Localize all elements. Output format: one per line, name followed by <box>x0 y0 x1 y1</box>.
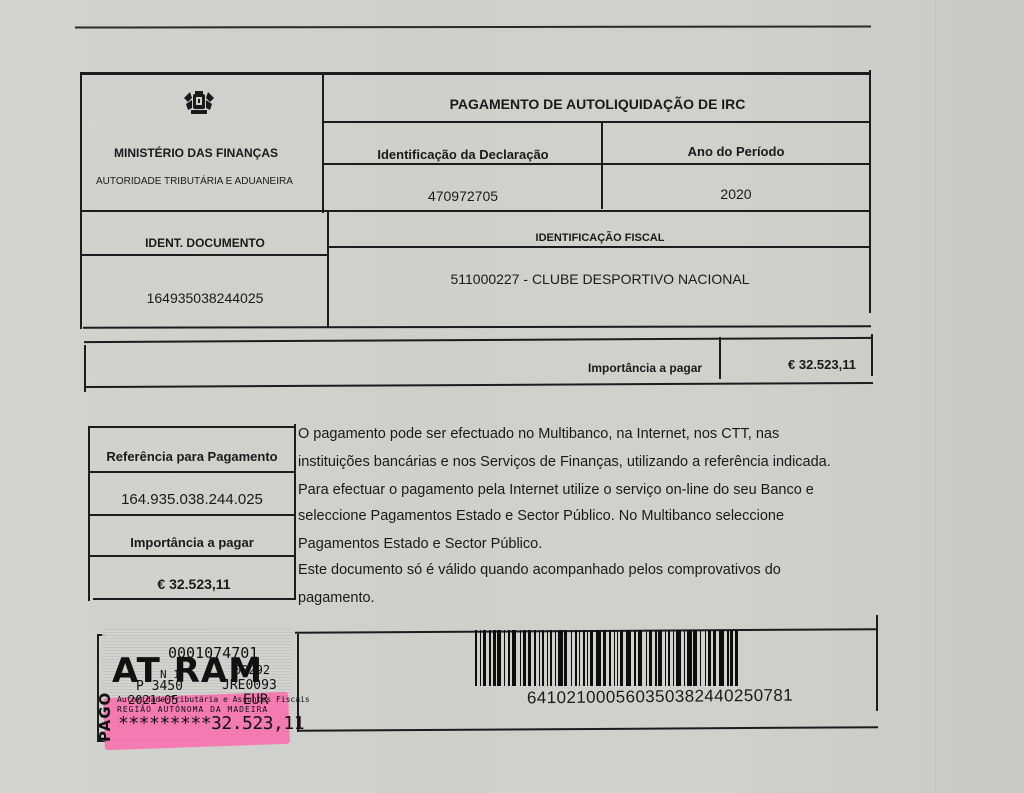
amount-value: € 32.523,11 <box>788 357 856 372</box>
document-title: PAGAMENTO DE AUTOLIQUIDAÇÃO DE IRC <box>324 96 871 112</box>
barcode-gap <box>738 630 741 686</box>
tax-id-value: 511000227 - CLUBE DESPORTIVO NACIONAL <box>330 271 870 287</box>
instruction-line: pagamento. <box>298 590 375 606</box>
document-id-value: 164935038244025 <box>82 290 328 306</box>
reference-value: 164.935.038.244.025 <box>90 491 294 508</box>
stamp-amount: *********32.523,11 <box>118 713 304 734</box>
reference-label: Referência para Pagamento <box>90 449 294 464</box>
payment-amount-value: € 32.523,11 <box>92 576 296 592</box>
portugal-coat-of-arms-icon <box>180 88 218 118</box>
stamp-line2-right: 00292 <box>234 663 270 677</box>
ministry-name: MINISTÉRIO DAS FINANÇAS <box>114 146 278 160</box>
tax-id-label: IDENTIFICAÇÃO FISCAL <box>330 232 870 244</box>
amount-label: Importância a pagar <box>588 361 702 375</box>
instruction-line: instituições bancárias e nos Serviços de… <box>298 454 831 470</box>
instruction-line: seleccione Pagamentos Estado e Sector Pú… <box>298 508 784 524</box>
stamp-line3-left: P 3450 <box>136 679 183 694</box>
barcode <box>475 630 873 686</box>
paper-edge <box>935 0 936 793</box>
stamp-line3-right: JRE0093 <box>222 678 277 693</box>
barcode-number: 641021000560350382440250781 <box>527 686 793 709</box>
instruction-line: O pagamento pode ser efectuado no Multib… <box>298 426 779 442</box>
authority-name: AUTORIDADE TRIBUTÁRIA E ADUANEIRA <box>96 176 293 187</box>
period-value: 2020 <box>603 186 869 202</box>
instruction-line: Pagamentos Estado e Sector Público. <box>298 536 542 552</box>
instruction-line: Este documento só é válido quando acompa… <box>298 562 781 578</box>
declaration-value: 470972705 <box>324 188 602 204</box>
instruction-line: Para efectuar o pagamento pela Internet … <box>298 482 814 498</box>
stamp-paid-label: PAGO <box>96 692 114 742</box>
payment-amount-label: Importância a pagar <box>90 535 294 550</box>
document-id-label: IDENT. DOCUMENTO <box>82 236 328 250</box>
declaration-label: Identificação da Declaração <box>324 147 602 162</box>
period-label: Ano do Período <box>603 144 869 159</box>
